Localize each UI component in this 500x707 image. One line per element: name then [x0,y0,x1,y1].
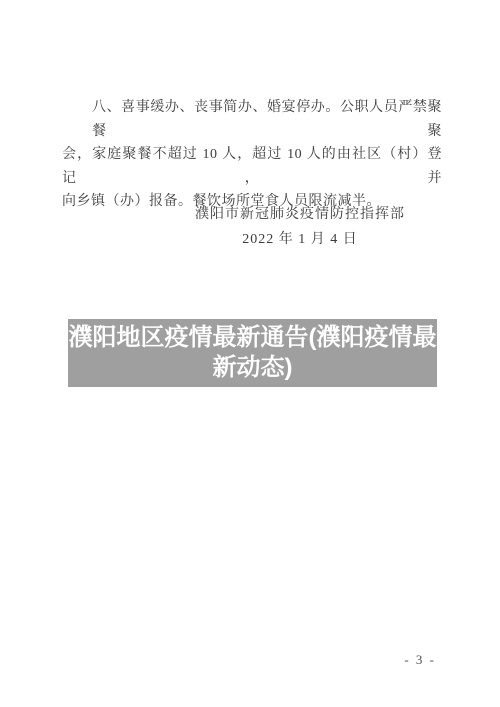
document-page: 八、喜事缓办、丧事简办、婚宴停办。公职人员严禁聚餐聚 会，家庭聚餐不超过 10 … [0,0,500,707]
paragraph-line: 八、喜事缓办、丧事简办、婚宴停办。公职人员严禁聚餐聚 [62,96,442,143]
signature-line: 濮阳市新冠肺炎疫情防控指挥部 [195,204,405,226]
article-title-banner: 濮阳地区疫情最新通告(濮阳疫情最 新动态) [68,319,437,387]
paragraph-line: 会，家庭聚餐不超过 10 人，超过 10 人的由社区（村）登记，并 [62,143,442,190]
date-line: 2022 年 1 月 4 日 [195,226,405,253]
article-title-line: 新动态) [68,353,437,383]
article-title-line: 濮阳地区疫情最新通告(濮阳疫情最 [68,323,437,353]
body-paragraph: 八、喜事缓办、丧事简办、婚宴停办。公职人员严禁聚餐聚 会，家庭聚餐不超过 10 … [62,96,442,214]
signature-block: 濮阳市新冠肺炎疫情防控指挥部 2022 年 1 月 4 日 [195,204,405,253]
page-number: - 3 - [404,652,436,668]
